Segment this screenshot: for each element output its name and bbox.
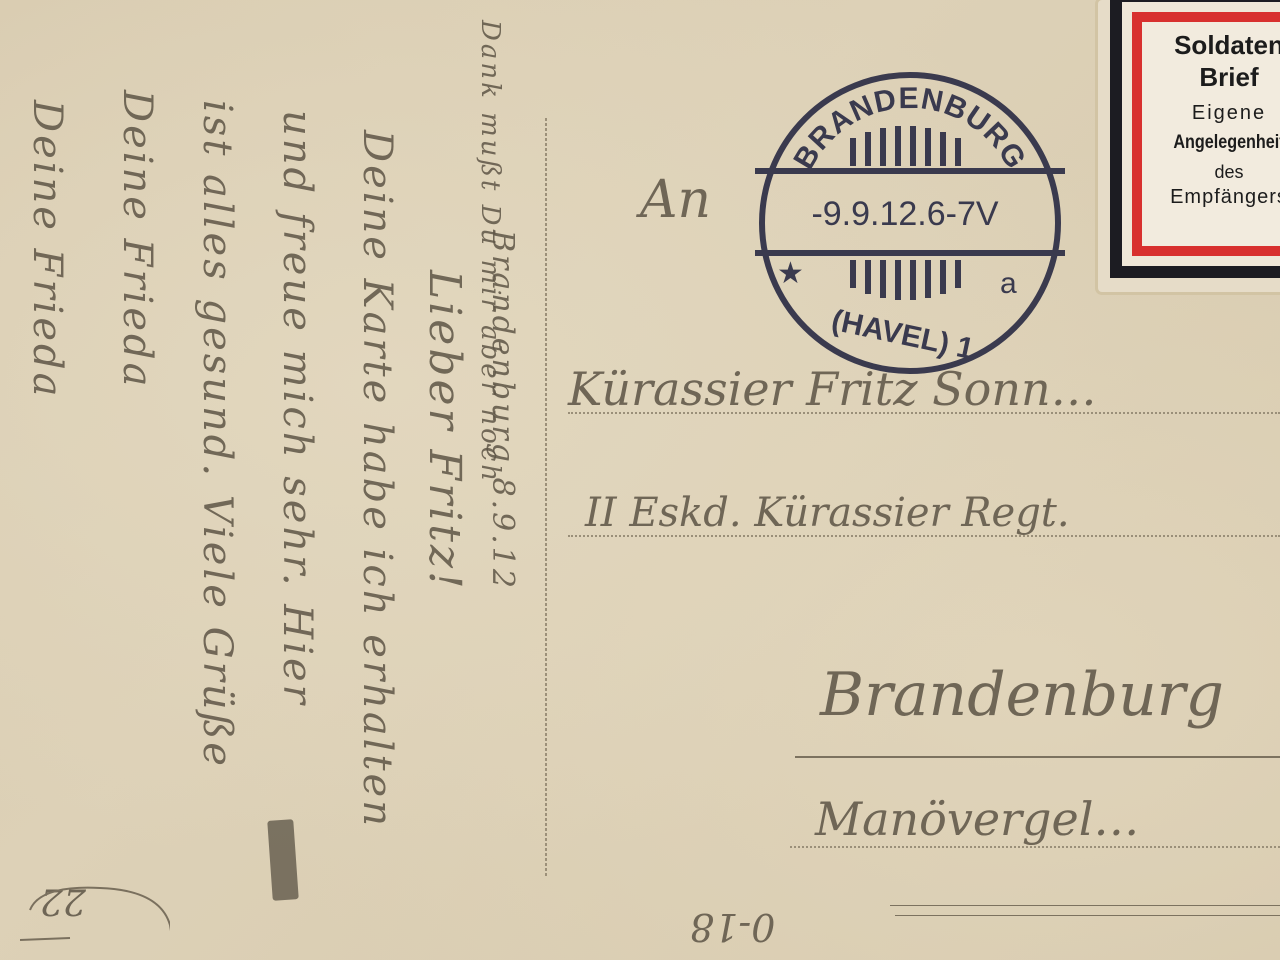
message-line-3: und freue mich sehr. Hier — [274, 110, 320, 707]
ink-blot — [267, 819, 299, 901]
soldier-letter-label: Soldaten Brief Eigene Angelegenheit des … — [1098, 0, 1280, 292]
label-line-1: Soldaten — [1142, 30, 1280, 61]
svg-text:BRANDENBURG: BRANDENBURG — [787, 82, 1032, 175]
label-line-2: Brief — [1142, 62, 1280, 93]
postmark-date: -9.9.12.6-7V — [811, 195, 998, 233]
postmark-letter: a — [1000, 267, 1017, 300]
double-underline-b — [895, 915, 1280, 916]
address-line-2: II Eskd. Kürassier Regt. — [585, 490, 1070, 536]
address-line-3: Brandenburg — [820, 660, 1224, 730]
message-area: Brandenburg 8.9.12 Lieber Fritz! Dank mu… — [0, 0, 545, 960]
address-line-1: Kürassier Fritz Sonn… — [568, 362, 1097, 416]
address-underline-3 — [795, 756, 1280, 758]
address-rule-1 — [568, 412, 1280, 414]
label-line-5: des — [1142, 162, 1280, 183]
double-underline-a — [890, 905, 1280, 906]
message-line-2: Deine Karte habe ich erhalten — [354, 130, 400, 829]
postmark: BRANDENBURG -9.9.12.6-7V a ★ (HAVEL) 1 — [755, 68, 1065, 378]
address-rule-4 — [790, 846, 1280, 848]
message-line-5: Deine Frieda — [114, 90, 160, 389]
address-prefix: An — [640, 170, 711, 230]
bottom-center-code: 0-18 — [690, 905, 775, 949]
address-line-4: Manövergel… — [815, 792, 1139, 846]
message-line-4: ist alles gesund. Viele Grüße — [194, 100, 240, 769]
message-greeting: Lieber Fritz! — [419, 270, 470, 592]
bottom-left-circle-mark — [20, 860, 170, 960]
label-line-6: Empfängers — [1142, 186, 1280, 209]
postmark-city: BRANDENBURG — [787, 82, 1032, 175]
label-line-4: Angelegenheit — [1155, 132, 1280, 154]
label-line-3: Eigene — [1142, 102, 1280, 125]
message-line-1: Dank mußt Du mir aber noch — [475, 20, 505, 484]
message-line-6: Deine Frieda — [24, 100, 70, 399]
star-icon: ★ — [777, 257, 804, 290]
address-rule-2 — [568, 535, 1280, 537]
divider-line — [545, 118, 547, 878]
